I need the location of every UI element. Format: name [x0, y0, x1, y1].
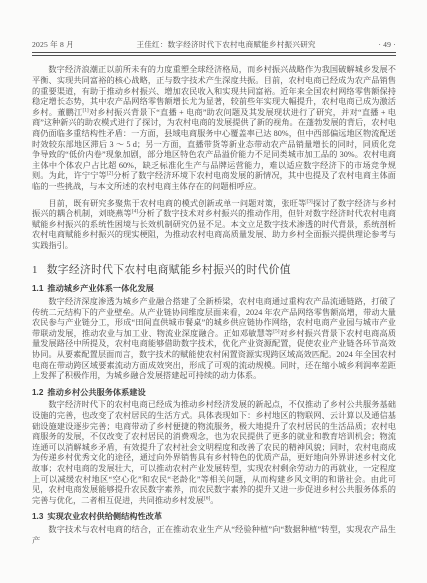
journal-page: 2025 年 8 月 王佳红：数字经济时代下农村电商赋能乡村振兴研究 · 49 …	[0, 0, 427, 583]
subsection-1-3-paragraph: 数字技术与农村电商的结合，正在推动农业生产从“经验种植”向“数据种植”转型，实现…	[32, 525, 396, 546]
text-segment: 目前，既有研究多聚焦于农村电商的模式创新或单一问题对策，张旺等	[48, 199, 306, 208]
text-segment: 数字技术与农村电商的结合，正在推动农业生产从“经验种植”向“数据种植”转型，实现…	[32, 525, 396, 545]
text-segment: 数字经济时代下的农村电商已经成为推动乡村经济发展的新起点，不仅推动了乡村公共服务…	[32, 400, 396, 504]
subsection-1-2-number: 1.2	[32, 388, 43, 397]
text-segment: 。	[210, 496, 218, 505]
intro-paragraph-2: 目前，既有研究多聚焦于农村电商的模式创新或单一问题对策，张旺等[3]探讨了数字经…	[32, 199, 396, 252]
subsection-1-2-paragraph: 数字经济时代下的农村电商已经成为推动乡村经济发展的新起点，不仅推动了乡村公共服务…	[32, 400, 396, 506]
subsection-1-2-heading: 1.2推动乡村公共服务体系建设	[32, 388, 396, 399]
section-1-heading: 1数字经济时代下农村电商赋能乡村振兴的时代价值	[32, 262, 396, 277]
article-body: 数字经济浪潮正以前所未有的力度重塑全球经济格局，而乡村振兴战略作为我国破解城乡发…	[32, 65, 396, 546]
subsection-1-1-title: 推动城乡产业体系一体化发展	[47, 284, 153, 293]
subsection-1-1-number: 1.1	[32, 284, 43, 293]
page-header: 2025 年 8 月 王佳红：数字经济时代下农村电商赋能乡村振兴研究 · 49 …	[32, 40, 396, 49]
subsection-1-1-heading: 1.1推动城乡产业体系一体化发展	[32, 284, 396, 295]
subsection-1-3-heading: 1.3实现农业农村供给侧结构性改革	[32, 512, 396, 523]
header-running-title: 王佳红：数字经济时代下农村电商赋能乡村振兴研究	[74, 40, 378, 49]
section-1-number: 1	[32, 264, 38, 276]
subsection-1-3-number: 1.3	[32, 512, 43, 521]
header-double-rule	[32, 52, 396, 56]
section-1-title: 数字经济时代下农村电商赋能乡村振兴的时代价值	[47, 264, 291, 276]
header-page-number: · 49 ·	[378, 40, 396, 49]
subsection-1-2-title: 推动乡村公共服务体系建设	[47, 388, 145, 397]
header-date: 2025 年 8 月	[32, 40, 74, 49]
subsection-1-1-paragraph: 数字经济深度渗透为城乡产业融合搭建了全新桥梁，农村电商通过重构农产品流通链路，打…	[32, 297, 396, 382]
intro-paragraph-1: 数字经济浪潮正以前所未有的力度重塑全球经济格局，而乡村振兴战略作为我国破解城乡发…	[32, 65, 396, 192]
subsection-1-3-title: 实现农业农村供给侧结构性改革	[47, 512, 162, 521]
text-segment: 对乡村振兴背景下“直播 + 电商”助农问题及其发展现状进行了研究，并对“直播 +…	[32, 108, 396, 181]
